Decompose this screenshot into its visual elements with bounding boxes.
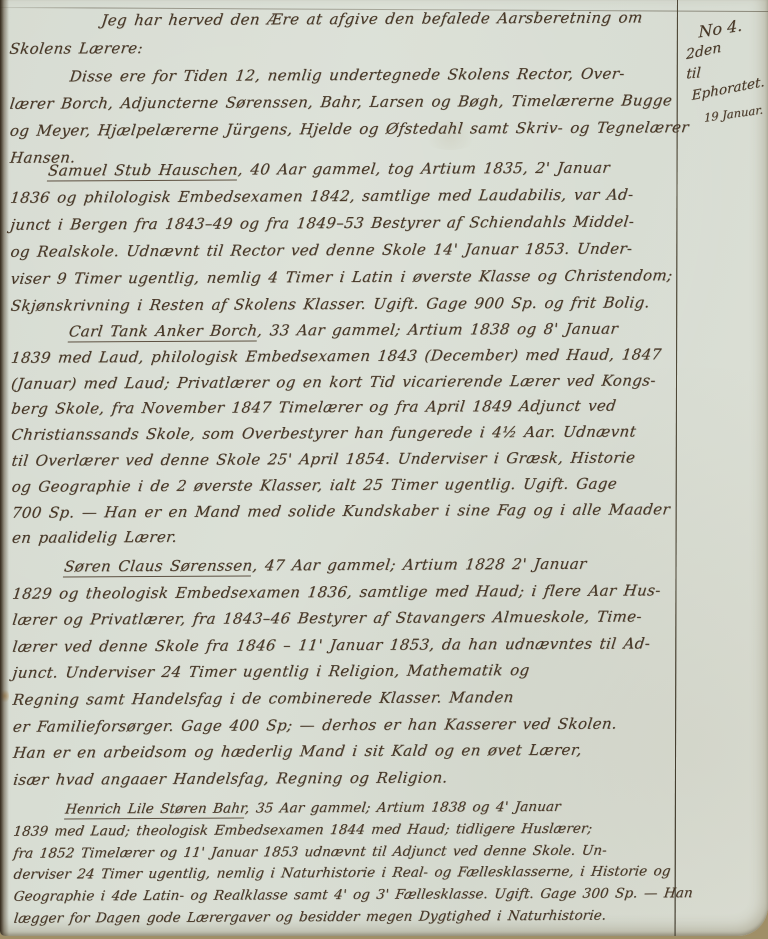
text-line: især hvad angaaer Handelsfag, Regning og… bbox=[12, 763, 683, 793]
text-line: Christianssands Skole, som Overbestyrer … bbox=[10, 419, 681, 448]
underlined-name: Samuel Stub Hauschen bbox=[47, 161, 239, 182]
text-line: Skolens Lærere: bbox=[8, 32, 679, 63]
text-line: Samuel Stub Hauschen, 40 Aar gammel, tog… bbox=[47, 154, 680, 184]
text-line: junct i Bergen fra 1843–49 og fra 1849–5… bbox=[9, 208, 680, 239]
text-line: (Januar) med Laud; Privatlærer og en kor… bbox=[10, 368, 681, 397]
paragraph: Carl Tank Anker Borch, 33 Aar gammel; Ar… bbox=[9, 316, 678, 552]
text-line: lærer og Privatlærer, fra 1843–46 Bestyr… bbox=[11, 603, 682, 633]
underlined-name: Henrich Lile Støren Bahr bbox=[64, 801, 246, 820]
text-line: Disse ere for Tiden 12, nemlig undertegn… bbox=[68, 60, 679, 90]
text-line: lærer ved denne Skole fra 1846 – 11' Jan… bbox=[11, 630, 682, 660]
text-line: berg Skole, fra November 1847 Timelærer … bbox=[10, 394, 681, 423]
text-line: og Realskole. Udnævnt til Rector ved den… bbox=[9, 235, 680, 266]
text-line: Regning samt Handelsfag i de combinerede… bbox=[11, 683, 682, 713]
text-line: Søren Claus Sørenssen, 47 Aar gammel; Ar… bbox=[63, 550, 682, 580]
text-line: 1829 og theologisk Embedsexamen 1836, sa… bbox=[11, 577, 682, 607]
margin-note: No 4.2dentilEphoratet.19 Januar. bbox=[682, 15, 768, 125]
text-line: Carl Tank Anker Borch, 33 Aar gammel; Ar… bbox=[67, 316, 680, 345]
paragraph: Henrich Lile Støren Bahr, 35 Aar gammel;… bbox=[12, 796, 681, 930]
text-line: 1836 og philologisk Embedsexamen 1842, s… bbox=[9, 181, 680, 212]
margin-note-line: 19 Januar. bbox=[704, 102, 768, 125]
text-line: viser 9 Timer ugentlig, nemlig 4 Timer i… bbox=[9, 262, 680, 293]
paragraph: Jeg har herved den Ære at afgive den bef… bbox=[8, 4, 676, 62]
text-line: er Familieforsørger. Gage 400 Sp; — derh… bbox=[11, 710, 682, 740]
text-line: lærer Borch, Adjuncterne Sørenssen, Bahr… bbox=[8, 87, 679, 118]
text-line: junct. Underviser 24 Timer ugentlig i Re… bbox=[11, 657, 682, 687]
underlined-name: Carl Tank Anker Borch bbox=[68, 321, 259, 342]
text-line: Henrich Lile Støren Bahr, 35 Aar gammel;… bbox=[64, 796, 683, 821]
text-line: 1839 med Laud, philologisk Embedsexamen … bbox=[9, 342, 680, 371]
text-line: lægger for Dagen gode Lærergaver og besi… bbox=[12, 905, 683, 930]
paragraph: Samuel Stub Hauschen, 40 Aar gammel, tog… bbox=[8, 154, 677, 319]
text-line: 700 Sp. — Han er en Mand med solide Kund… bbox=[10, 497, 681, 526]
text-line: Jeg har herved den Ære at afgive den bef… bbox=[100, 4, 679, 35]
text-line: til Overlærer ved denne Skole 25' April … bbox=[10, 445, 681, 474]
text-line: 1839 med Laud; theologisk Embedsexamen 1… bbox=[12, 818, 683, 843]
text-line: Skjønskrivning i Resten af Skolens Klass… bbox=[9, 289, 680, 320]
text-line: Han er en arbeidsom og hæderlig Mand i s… bbox=[12, 736, 683, 766]
paragraph: Søren Claus Sørenssen, 47 Aar gammel; Ar… bbox=[10, 550, 679, 793]
text-line: og Geographie i de 2 øverste Klasser, ia… bbox=[10, 471, 681, 500]
text-line: en paalidelig Lærer. bbox=[10, 523, 681, 552]
binding-edge bbox=[0, 0, 9, 936]
manuscript-page: No 4.2dentilEphoratet.19 Januar. Jeg har… bbox=[0, 0, 768, 936]
text-line: og Meyer, Hjælpelærerne Jürgens, Hjelde … bbox=[8, 114, 679, 145]
handwritten-text-body: Jeg har herved den Ære at afgive den bef… bbox=[8, 0, 681, 938]
underlined-name: Søren Claus Sørenssen bbox=[63, 556, 254, 577]
